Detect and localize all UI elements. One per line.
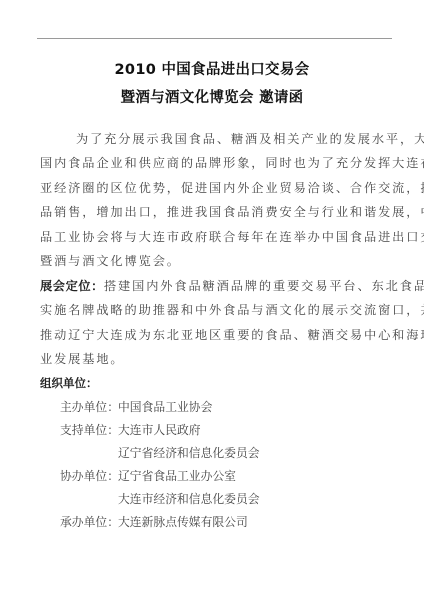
organizer-name: 大连市经济和信息化委员会: [118, 490, 260, 507]
organizer-row: 协办单位：辽宁省食品工业办公室: [60, 467, 236, 484]
organizer-role: 承办单位：: [60, 513, 118, 530]
organizers-heading: 组织单位：: [40, 375, 98, 391]
organizer-row: 大连市经济和信息化委员会: [60, 490, 260, 507]
intro-line: 品销售，增加出口，推进我国食品消费安全与行业和谐发展，中国食: [40, 204, 380, 220]
organizer-name: 大连新脉点传媒有限公司: [118, 513, 248, 530]
organizer-row: 承办单位：大连新脉点传媒有限公司: [60, 513, 248, 530]
organizer-role: 支持单位：: [60, 421, 118, 438]
organizer-role: 协办单位：: [60, 467, 118, 484]
positioning-label: 展会定位：: [40, 279, 104, 293]
organizer-role: 主办单位：: [60, 398, 118, 415]
positioning-line: 实施名牌战略的助推器和中外食品与酒文化的展示交流窗口，并努力: [40, 302, 380, 318]
positioning-line: 业发展基地。: [40, 351, 380, 367]
organizer-name: 辽宁省经济和信息化委员会: [118, 444, 260, 461]
positioning-first-line: 展会定位：搭建国内外食品糖酒品牌的重要交易平台、东北食品糖酒: [40, 278, 380, 294]
intro-line: 亚经济圈的区位优势，促进国内外企业贸易洽谈、合作交流，扩大产: [40, 180, 380, 196]
organizer-name: 大连市人民政府: [118, 421, 201, 438]
positioning-text: 搭建国内外食品糖酒品牌的重要交易平台、东北食品糖酒: [104, 279, 424, 293]
intro-line: 品工业协会将与大连市政府联合每年在连举办中国食品进出口交易会: [40, 229, 380, 245]
header-rule: [37, 38, 392, 39]
organizer-name: 辽宁省食品工业办公室: [118, 467, 236, 484]
intro-line: 暨酒与酒文化博览会。: [40, 253, 380, 269]
organizer-row: 支持单位：大连市人民政府: [60, 421, 201, 438]
organizer-row: 辽宁省经济和信息化委员会: [60, 444, 260, 461]
organizer-row: 主办单位：中国食品工业协会: [60, 398, 212, 415]
document-title-line2: 暨酒与酒文化博览会 邀请函: [0, 86, 424, 107]
intro-line: 国内食品企业和供应商的品牌形象，同时也为了充分发挥大连在东北: [40, 155, 380, 171]
organizer-name: 中国食品工业协会: [118, 398, 212, 415]
intro-line: 为了充分展示我国食品、糖酒及相关产业的发展水平，大力宣传: [76, 131, 416, 147]
positioning-line: 推动辽宁大连成为东北亚地区重要的食品、糖酒交易中心和海珍品产: [40, 327, 380, 343]
document-title-line1: 2010 中国食品进出口交易会: [0, 58, 424, 79]
